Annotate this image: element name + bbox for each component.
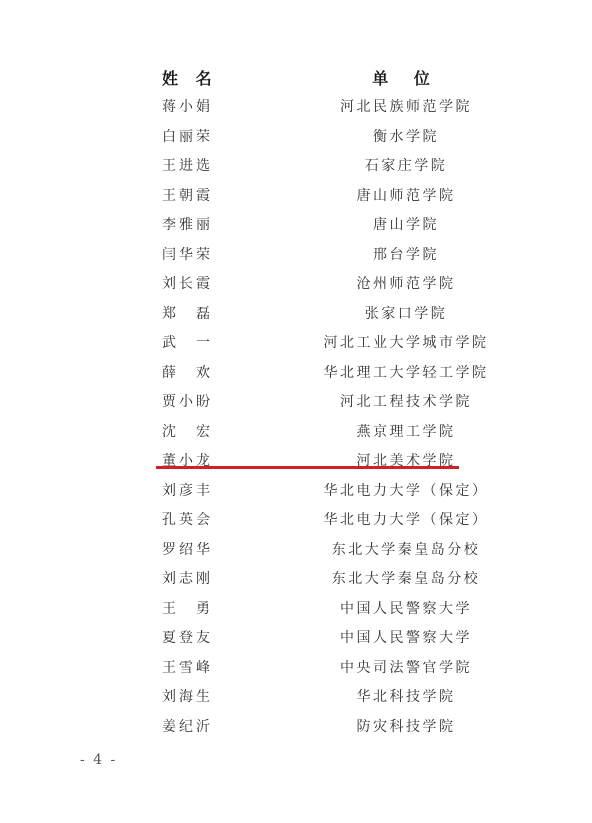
table-row: 刘海生华北科技学院 [0,684,592,714]
person-name: 郑 磊 [162,303,213,323]
table-row: 孔英会华北电力大学（保定） [0,507,592,537]
table-row: 王 勇中国人民警察大学 [0,596,592,626]
table-row: 贾小盼河北工程技术学院 [0,389,592,419]
unit-name: 华北电力大学（保定） [300,509,512,529]
table-row: 王进选石家庄学院 [0,153,592,183]
person-name: 贾小盼 [162,391,213,411]
person-name: 刘彦丰 [162,480,213,500]
unit-name: 唐山师范学院 [300,185,512,205]
person-name: 罗绍华 [162,539,213,559]
person-name: 蒋小娟 [162,96,213,116]
unit-name: 河北工程技术学院 [300,391,512,411]
person-name: 王雪峰 [162,657,213,677]
table-row: 刘志刚东北大学秦皇岛分校 [0,566,592,596]
person-name: 王 勇 [162,598,213,618]
person-name: 刘志刚 [162,568,213,588]
unit-name: 石家庄学院 [300,155,512,175]
table-header: 姓 名 单 位 [0,66,592,90]
unit-name: 河北民族师范学院 [300,96,512,116]
unit-name: 唐山学院 [300,214,512,234]
unit-name: 中央司法警官学院 [300,657,512,677]
name-list: 蒋小娟河北民族师范学院 白丽荣衡水学院 王进选石家庄学院 王朝霞唐山师范学院 李… [0,94,592,743]
person-name: 孔英会 [162,509,213,529]
person-name: 沈 宏 [162,421,213,441]
table-row: 王雪峰中央司法警官学院 [0,655,592,685]
header-name: 姓 名 [162,66,218,89]
unit-name: 华北科技学院 [300,686,512,706]
table-row: 刘彦丰华北电力大学（保定） [0,478,592,508]
table-row-highlighted: 董小龙河北美术学院 [0,448,592,478]
header-unit: 单 位 [300,66,512,89]
table-row: 王朝霞唐山师范学院 [0,183,592,213]
unit-name: 防灾科技学院 [300,716,512,736]
table-row: 白丽荣衡水学院 [0,124,592,154]
person-name: 武 一 [162,332,213,352]
table-row: 罗绍华东北大学秦皇岛分校 [0,537,592,567]
table-row: 闫华荣邢台学院 [0,242,592,272]
person-name: 李雅丽 [162,214,213,234]
person-name: 王朝霞 [162,185,213,205]
table-row: 李雅丽唐山学院 [0,212,592,242]
table-row: 刘长霞沧州师范学院 [0,271,592,301]
table-row: 郑 磊张家口学院 [0,301,592,331]
unit-name: 华北电力大学（保定） [300,480,512,500]
table-row: 薛 欢华北理工大学轻工学院 [0,360,592,390]
person-name: 夏登友 [162,627,213,647]
unit-name: 中国人民警察大学 [300,627,512,647]
unit-name: 东北大学秦皇岛分校 [300,539,512,559]
person-name: 王进选 [162,155,213,175]
page-number: - 4 - [80,752,117,768]
person-name: 姜纪沂 [162,716,213,736]
person-name: 闫华荣 [162,244,213,264]
table-row: 沈 宏燕京理工学院 [0,419,592,449]
person-name: 刘海生 [162,686,213,706]
unit-name: 沧州师范学院 [300,273,512,293]
red-underline-annotation [156,466,459,469]
unit-name: 邢台学院 [300,244,512,264]
person-name: 白丽荣 [162,126,213,146]
table-row: 姜纪沂防灾科技学院 [0,714,592,744]
table-row: 蒋小娟河北民族师范学院 [0,94,592,124]
table-row: 武 一河北工业大学城市学院 [0,330,592,360]
unit-name: 中国人民警察大学 [300,598,512,618]
unit-name: 张家口学院 [300,303,512,323]
unit-name: 河北工业大学城市学院 [300,332,512,352]
table-row: 夏登友中国人民警察大学 [0,625,592,655]
person-name: 刘长霞 [162,273,213,293]
person-name: 薛 欢 [162,362,213,382]
unit-name: 华北理工大学轻工学院 [300,362,512,382]
unit-name: 燕京理工学院 [300,421,512,441]
unit-name: 衡水学院 [300,126,512,146]
unit-name: 东北大学秦皇岛分校 [300,568,512,588]
